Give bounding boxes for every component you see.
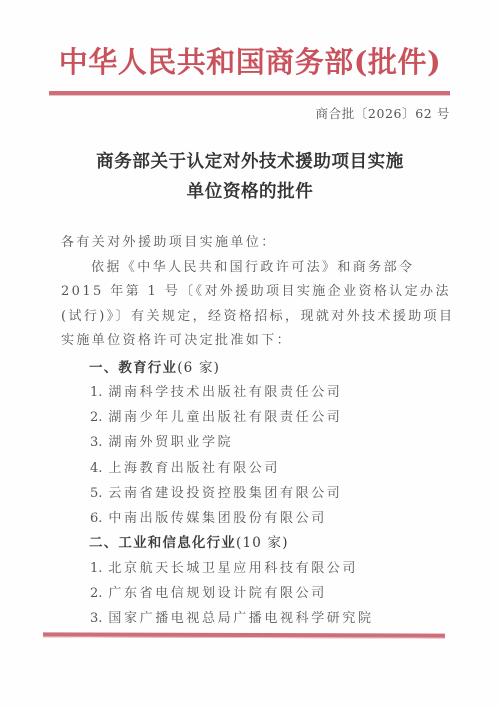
item-index: 2. [90, 586, 102, 601]
item-name: 国家广播电视总局广播电视科学研究院 [108, 611, 373, 626]
item-name: 上海教育出版社有限公司 [108, 461, 280, 476]
item-index: 1. [90, 561, 102, 576]
salutation: 各有关对外援助项目实施单位： [61, 231, 461, 256]
item-name: 广东省电信规划设计院有限公司 [108, 586, 326, 601]
body-paragraph: 依据《中华人民共和国行政许可法》和商务部令 2015 年第 1 号〔《对外援助项… [61, 256, 461, 354]
item-name: 云南省建设投资控股集团有限公司 [108, 486, 342, 501]
item-name: 湖南科学技术出版社有限责任公司 [108, 385, 342, 400]
item-name: 湖南少年儿童出版社有限责任公司 [108, 410, 342, 425]
section-count: (10 家) [236, 535, 289, 551]
list-item: 1.湖南科学技术出版社有限责任公司 [90, 380, 461, 405]
list-item: 4.上海教育出版社有限公司 [90, 456, 461, 481]
footer-red-rule [43, 632, 445, 638]
item-index: 1. [90, 385, 102, 400]
list-item: 6.中南出版传媒集团股份有限公司 [90, 506, 461, 531]
item-name: 湖南外贸职业学院 [108, 435, 233, 450]
item-index: 2. [90, 410, 102, 425]
list-item: 2.湖南少年儿童出版社有限责任公司 [90, 405, 461, 430]
document-body: 各有关对外援助项目实施单位： 依据《中华人民共和国行政许可法》和商务部令 201… [61, 231, 461, 631]
list-item: 1.北京航天长城卫星应用科技有限公司 [90, 556, 461, 581]
unit-list: 1.北京航天长城卫星应用科技有限公司 2.广东省电信规划设计院有限公司 3.国家… [61, 556, 461, 631]
issuer-header: 中华人民共和国商务部(批件) [0, 44, 500, 80]
list-item: 2.广东省电信规划设计院有限公司 [90, 581, 461, 606]
document-title-line-2: 单位资格的批件 [0, 177, 500, 207]
section-heading-label: 一、教育行业 [89, 360, 177, 376]
section-education: 一、教育行业(6 家) 1.湖南科学技术出版社有限责任公司 2.湖南少年儿童出版… [61, 356, 461, 532]
header-red-rule [49, 91, 450, 96]
document-title: 商务部关于认定对外技术援助项目实施 单位资格的批件 [0, 147, 500, 207]
item-name: 北京航天长城卫星应用科技有限公司 [108, 561, 358, 576]
item-name: 中南出版传媒集团股份有限公司 [108, 511, 326, 526]
item-index: 3. [90, 611, 102, 626]
section-count: (6 家) [177, 360, 220, 376]
section-heading-label: 二、工业和信息化行业 [89, 535, 236, 551]
section-industry-it: 二、工业和信息化行业(10 家) 1.北京航天长城卫星应用科技有限公司 2.广东… [61, 531, 461, 631]
item-index: 6. [90, 511, 102, 526]
section-heading: 二、工业和信息化行业(10 家) [61, 531, 461, 556]
unit-list: 1.湖南科学技术出版社有限责任公司 2.湖南少年儿童出版社有限责任公司 3.湖南… [61, 380, 461, 531]
document-title-line-1: 商务部关于认定对外技术援助项目实施 [0, 147, 500, 177]
document-number: 商合批〔2026〕62 号 [316, 104, 451, 122]
item-index: 4. [90, 461, 102, 476]
section-heading: 一、教育行业(6 家) [61, 356, 461, 381]
list-item: 3.湖南外贸职业学院 [90, 430, 461, 455]
item-index: 5. [90, 486, 102, 501]
item-index: 3. [90, 435, 102, 450]
document-page: 中华人民共和国商务部(批件) 商合批〔2026〕62 号 商务部关于认定对外技术… [0, 0, 500, 708]
list-item: 3.国家广播电视总局广播电视科学研究院 [90, 606, 461, 631]
list-item: 5.云南省建设投资控股集团有限公司 [90, 481, 461, 506]
